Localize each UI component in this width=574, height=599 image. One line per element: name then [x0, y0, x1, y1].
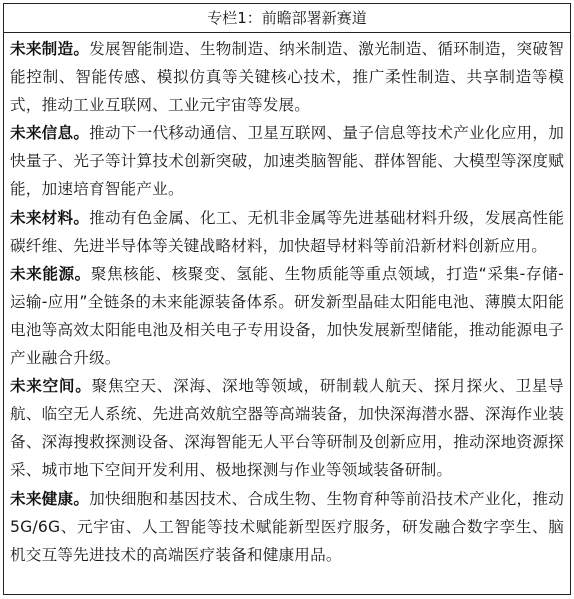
section-text: 推动有色金属、化工、无机非金属等先进基础材料升级，发展高性能碳纤维、先进半导体等… [10, 209, 564, 255]
section-title: 未来健康。 [10, 490, 89, 508]
section-text: 加快细胞和基因技术、合成生物、生物育种等前沿技术产业化，推动5G/6G、元宇宙、… [10, 490, 564, 564]
section-future-space: 未来空间。聚焦空天、深海、深地等领域，研制载人航天、探月探火、卫星导航、临空无人… [10, 372, 564, 484]
section-future-health: 未来健康。加快细胞和基因技术、合成生物、生物育种等前沿技术产业化，推动5G/6G… [10, 485, 564, 569]
section-title: 未来空间。 [10, 377, 92, 395]
section-future-materials: 未来材料。推动有色金属、化工、无机非金属等先进基础材料升级，发展高性能碳纤维、先… [10, 204, 564, 260]
section-future-energy: 未来能源。聚焦核能、核聚变、氢能、生物质能等重点领域，打造“采集-存储-运输-应… [10, 260, 564, 372]
section-future-information: 未来信息。推动下一代移动通信、卫星互联网、量子信息等技术产业化应用，加快量子、光… [10, 119, 564, 203]
section-title: 未来能源。 [10, 265, 91, 283]
section-text: 聚焦核能、核聚变、氢能、生物质能等重点领域，打造“采集-存储-运输-应用”全链条… [10, 265, 564, 367]
section-title: 未来信息。 [10, 124, 89, 142]
section-text: 聚焦空天、深海、深地等领域，研制载人航天、探月探火、卫星导航、临空无人系统、先进… [10, 377, 564, 479]
section-future-manufacturing: 未来制造。发展智能制造、生物制造、纳米制造、激光制造、循环制造，突破智能控制、智… [10, 35, 564, 119]
column-body: 未来制造。发展智能制造、生物制造、纳米制造、激光制造、循环制造，突破智能控制、智… [4, 33, 570, 569]
section-text: 推动下一代移动通信、卫星互联网、量子信息等技术产业化应用，加快量子、光子等计算技… [10, 124, 564, 198]
section-text: 发展智能制造、生物制造、纳米制造、激光制造、循环制造，突破智能控制、智能传感、模… [10, 40, 564, 114]
section-title: 未来制造。 [10, 40, 89, 58]
column-title: 专栏1：前瞻部署新赛道 [4, 4, 570, 33]
column-box: 专栏1：前瞻部署新赛道 未来制造。发展智能制造、生物制造、纳米制造、激光制造、循… [3, 3, 571, 595]
section-title: 未来材料。 [10, 209, 89, 227]
